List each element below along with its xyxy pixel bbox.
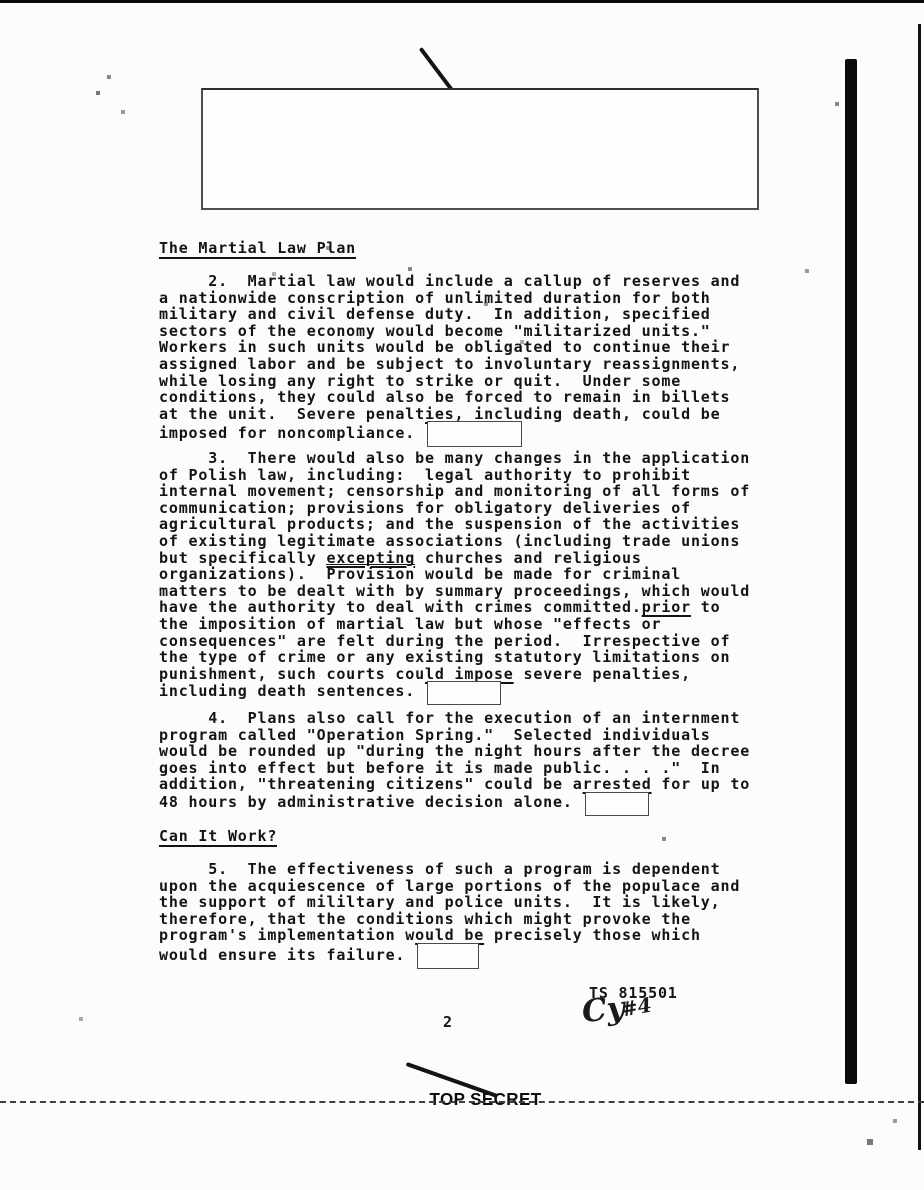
text-line: internal movement; censorship and monito…	[159, 482, 750, 499]
text-segment: the type of crime or any existing statut…	[159, 648, 730, 666]
text-segment: therefore, that the conditions which mig…	[159, 910, 691, 928]
text-line: agricultural products; and the suspensio…	[159, 515, 750, 532]
text-line: 4. Plans also call for the execution of …	[159, 709, 750, 726]
scan-top-edge-artifact	[0, 0, 924, 3]
text-segment: of existing legitimate associations (inc…	[159, 532, 740, 550]
text-line: military and civil defense duty. In addi…	[159, 305, 740, 322]
text-line: matters to be dealt with by summary proc…	[159, 582, 750, 599]
text-segment: prior	[642, 598, 691, 616]
text-segment: for up to	[652, 775, 751, 793]
text-segment: ld impose	[425, 665, 514, 683]
text-segment: communication; provisions for obligatory…	[159, 499, 691, 517]
text-segment: have the authority to deal with crimes c…	[159, 598, 642, 616]
text-segment: 48 hours by administrative decision alon…	[159, 793, 583, 811]
text-segment: precisely those which	[484, 926, 701, 944]
text-segment: rrested	[583, 775, 652, 793]
text-segment: to	[691, 598, 721, 616]
handwritten-copy-number: Cy#4	[582, 992, 652, 1028]
paragraph: 3. There would also be many changes in t…	[159, 449, 750, 698]
text-line: Workers in such units would be obligated…	[159, 338, 740, 355]
text-line: have the authority to deal with crimes c…	[159, 598, 750, 615]
text-segment: while losing any right to strike or quit…	[159, 372, 681, 390]
text-line: at the unit. Severe penalties, including…	[159, 405, 740, 422]
text-segment: ould be	[415, 926, 484, 944]
redaction-box	[427, 421, 522, 447]
text-line: imposed for noncompliance.	[159, 421, 740, 438]
text-line: program's implementation would be precis…	[159, 926, 740, 943]
text-segment: ies, inc	[425, 405, 504, 423]
scan-noise-specks	[0, 0, 2, 2]
text-line: sectors of the economy would become "mil…	[159, 322, 740, 339]
text-segment: at the unit. Severe penalt	[159, 405, 425, 423]
text-line: but specifically excepting churches and …	[159, 549, 750, 566]
text-segment: goes into effect but before it is made p…	[159, 759, 721, 777]
text-segment: agricultural products; and the suspensio…	[159, 515, 740, 533]
text-line: while losing any right to strike or quit…	[159, 372, 740, 389]
text-segment: sectors of the economy would become "mil…	[159, 322, 711, 340]
text-segment: 5. The effectiveness of such a program i…	[159, 860, 721, 878]
text-line: organizations). Provision would be made …	[159, 565, 750, 582]
text-segment: including death sentences.	[159, 682, 425, 700]
text-line: conditions, they could also be forced to…	[159, 388, 740, 405]
text-line: upon the acquiescence of large portions …	[159, 877, 740, 894]
text-line: would be rounded up "during the night ho…	[159, 742, 750, 759]
paragraph: 4. Plans also call for the execution of …	[159, 709, 750, 809]
text-line: punishment, such courts could impose sev…	[159, 665, 750, 682]
handwritten-copy-index: #4	[619, 993, 653, 1022]
text-segment: churches and religious	[415, 549, 642, 567]
text-line: a nationwide conscription of unlimited d…	[159, 289, 740, 306]
text-segment: of Polish law, including: legal authorit…	[159, 466, 691, 484]
text-segment: would ensure its failure.	[159, 946, 415, 964]
text-line: would ensure its failure.	[159, 943, 740, 960]
text-segment: 3. There would also be many changes in t…	[159, 449, 750, 467]
text-segment: internal movement; censorship and monito…	[159, 482, 750, 500]
text-line: 5. The effectiveness of such a program i…	[159, 860, 740, 877]
text-segment: Workers in such units would be obligated…	[159, 338, 730, 356]
text-segment: program called "Operation Spring." Selec…	[159, 726, 711, 744]
redacted-header-box	[201, 88, 759, 210]
text-segment: but specifically	[159, 549, 326, 567]
text-line: the type of crime or any existing statut…	[159, 648, 750, 665]
text-segment: assigned labor and be subject to involun…	[159, 355, 740, 373]
handwritten-cy-script: Cy	[580, 990, 626, 1030]
text-segment: a nationwide conscription of unlimited d…	[159, 289, 711, 307]
text-line: 2. Martial law would include a callup of…	[159, 272, 740, 289]
scan-binding-bar-artifact	[845, 59, 857, 1084]
tear-line	[0, 1101, 924, 1103]
text-segment: 4. Plans also call for the execution of …	[159, 709, 740, 727]
section-heading-label: The Martial Law Plan	[159, 239, 356, 259]
text-line: therefore, that the conditions which mig…	[159, 910, 740, 927]
text-line: consequences" are felt during the period…	[159, 632, 750, 649]
section-heading-label: Can It Work?	[159, 827, 277, 847]
text-line: communication; provisions for obligatory…	[159, 499, 750, 516]
text-line: the imposition of martial law but whose …	[159, 615, 750, 632]
text-line: assigned labor and be subject to involun…	[159, 355, 740, 372]
paragraph: 2. Martial law would include a callup of…	[159, 272, 740, 438]
text-segment: Provision	[326, 564, 415, 583]
text-segment: conditions, they could also be forced to…	[159, 388, 730, 406]
text-line: of Polish law, including: legal authorit…	[159, 466, 750, 483]
text-segment: organizations).	[159, 565, 326, 583]
classification-footer: TOP SECRET	[409, 1069, 542, 1130]
text-line: of existing legitimate associations (inc…	[159, 532, 750, 549]
text-line: addition, "threatening citizens" could b…	[159, 775, 750, 792]
text-segment: upon the acquiescence of large portions …	[159, 877, 740, 895]
redaction-box	[427, 681, 501, 705]
text-segment: would be made for criminal	[415, 565, 681, 583]
text-segment: severe penalties,	[514, 665, 691, 683]
text-segment: addition, "threatening citizens" could b…	[159, 775, 583, 793]
redaction-box	[585, 792, 649, 816]
text-segment: matters to be dealt with by summary proc…	[159, 582, 750, 600]
text-line: program called "Operation Spring." Selec…	[159, 726, 750, 743]
text-segment: 2. Martial law would include a callup of…	[159, 272, 740, 290]
text-segment: the imposition of martial law but whose …	[159, 615, 661, 633]
text-segment: luding death, could be	[504, 405, 721, 423]
text-segment: military and civil defense duty. In addi…	[159, 305, 711, 323]
text-segment: imposed for noncompliance.	[159, 424, 425, 442]
text-segment: consequences" are felt during the period…	[159, 632, 730, 650]
text-segment: punishment, such courts cou	[159, 665, 425, 683]
page-number: 2	[443, 1013, 453, 1031]
text-segment: program's implementation w	[159, 926, 415, 944]
text-segment: the support of mililtary and police unit…	[159, 893, 721, 911]
text-line: goes into effect but before it is made p…	[159, 759, 750, 776]
section-heading: The Martial Law Plan	[159, 238, 356, 259]
redaction-box	[417, 943, 479, 969]
paragraph: 5. The effectiveness of such a program i…	[159, 860, 740, 960]
scanned-document-page: TOP SECRET The Martial Law Plan 2. Marti…	[0, 0, 924, 1190]
text-line: including death sentences.	[159, 681, 750, 698]
text-line: 3. There would also be many changes in t…	[159, 449, 750, 466]
text-segment: would be rounded up "during the night ho…	[159, 742, 750, 760]
text-line: the support of mililtary and police unit…	[159, 893, 740, 910]
text-line: 48 hours by administrative decision alon…	[159, 792, 750, 809]
section-heading: Can It Work?	[159, 826, 277, 847]
scan-right-edge-artifact	[918, 24, 921, 1150]
